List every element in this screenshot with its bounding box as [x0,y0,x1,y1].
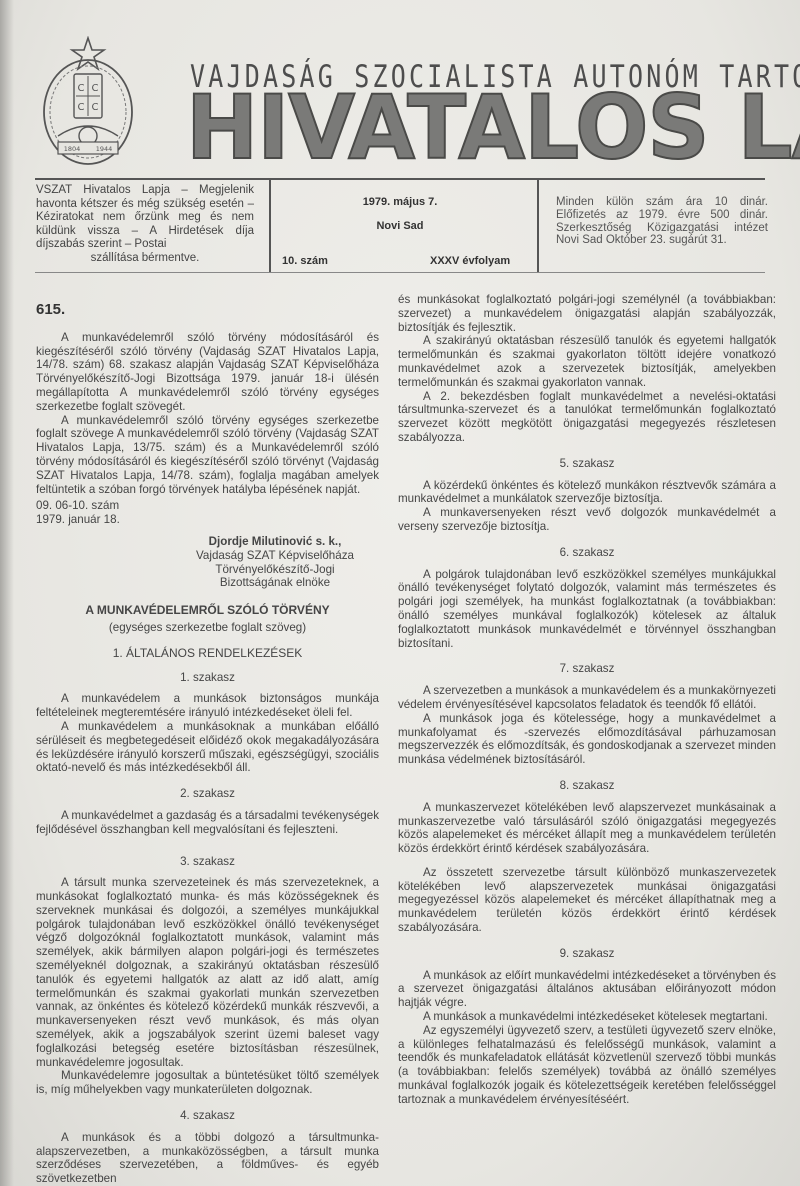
section-paragraph: A társult munka szervezeteinek és más sz… [36,876,379,1069]
intro-paragraph: A munkavédelemről szóló törvény egységes… [36,414,379,497]
section-paragraph: A munkavédelem a munkások biztonságos mu… [36,692,379,720]
section-heading: 2. szakasz [36,787,379,801]
section-paragraph: Az egyszemélyi ügyvezető szerv, a testül… [398,1024,776,1107]
masthead-title: HIVATALOS LAPJA [186,88,754,168]
signature-block: Djordje Milutinović s. k., Vajdaság SZAT… [171,535,379,590]
reference-number: 09. 06-10. szám [36,499,379,513]
price-notice: Minden külön szám ára 10 dinár. Előfizet… [556,196,768,247]
issue-number: 10. szám [282,255,328,267]
section-paragraph: A polgárok tulajdonában levő eszközökkel… [398,568,776,651]
issue-city: Novi Sad [270,220,530,232]
svg-text:1804: 1804 [64,145,81,153]
continuation-paragraph: A 2. bekezdésben foglalt munkavédelmet a… [398,390,776,445]
section-heading: 8. szakasz [398,779,776,793]
signatory-name: Djordje Milutinović s. k., [171,535,379,549]
svg-text:C: C [92,102,99,113]
section-paragraph: Munkavédelemre jogosultak a büntetésüket… [36,1069,379,1097]
svg-text:C: C [92,83,99,94]
section-paragraph: A közérdekű önkéntes és kötelező munkáko… [398,479,776,507]
publication-notice: VSZAT Hivatalos Lapja – Megjelenik havon… [36,184,254,265]
signatory-title: Bizottságának elnöke [171,576,379,590]
section-paragraph: A szervezetben a munkások a munkavédelem… [398,684,776,712]
document-page: C C C C 1804 1944 VAJDASÁG SZOCIALISTA A… [0,0,800,1186]
section-paragraph: A munkaversenyeken részt vevő dolgozók m… [398,506,776,534]
continuation-paragraph: A szakirányú oktatásban részesülő tanuló… [398,334,776,389]
section-heading: 1. szakasz [36,671,379,685]
section-paragraph: A munkaszervezet kötelékében levő alapsz… [398,801,776,856]
section-paragraph: A munkások és a többi dolgozó a társultm… [36,1131,379,1186]
section-heading: 7. szakasz [398,662,776,676]
coat-of-arms-emblem-icon: C C C C 1804 1944 [36,36,140,172]
left-column: 615. A munkavédelemről szóló törvény mód… [36,296,379,1186]
scan-edge-shadow [0,0,14,1186]
intro-paragraph: A munkavédelemről szóló törvény módosítá… [36,331,379,414]
header-rule-bottom [35,272,765,273]
section-paragraph: A munkavédelmet a gazdaság és a társadal… [36,809,379,837]
law-title: A MUNKAVÉDELEMRŐL SZÓLÓ TÖRVÉNY [36,604,379,618]
section-heading: 5. szakasz [398,457,776,471]
issue-date: 1979. május 7. [270,196,530,208]
section-heading: 4. szakasz [36,1109,379,1123]
issue-volume: XXXV évfolyam [430,255,510,267]
section-paragraph: A munkavédelem a munkásoknak a munkában … [36,720,379,775]
svg-text:C: C [78,102,85,113]
section-paragraph: Az összetett szervezetbe társult különbö… [398,866,776,935]
header-rule-top [35,178,765,180]
svg-text:1944: 1944 [96,145,113,153]
chapter-heading: 1. ÁLTALÁNOS RENDELKEZÉSEK [36,647,379,661]
section-paragraph: A munkások az előírt munkavédelmi intézk… [398,969,776,1010]
reference-date: 1979. január 18. [36,513,379,527]
section-heading: 3. szakasz [36,855,379,869]
right-column: és munkásokat foglalkoztató polgári-jogi… [398,293,776,1107]
section-heading: 6. szakasz [398,546,776,560]
section-paragraph: A munkások a munkavédelmi intézkedéseket… [398,1010,776,1024]
signatory-title: Törvényelőkészítő-Jogi [171,563,379,577]
act-number: 615. [36,303,379,317]
continuation-paragraph: és munkásokat foglalkoztató polgári-jogi… [398,293,776,334]
svg-text:C: C [78,83,85,94]
section-heading: 9. szakasz [398,947,776,961]
law-subtitle: (egységes szerkezetbe foglalt szöveg) [36,621,379,635]
header-divider-2 [537,179,539,272]
signatory-title: Vajdaság SZAT Képviselőháza [171,549,379,563]
section-paragraph: A munkások joga és kötelessége, hogy a m… [398,712,776,767]
paragraph-gap [398,856,776,866]
publication-notice-last: szállítása bérmentve. [36,252,254,266]
publication-notice-text: VSZAT Hivatalos Lapja – Megjelenik havon… [36,184,254,250]
